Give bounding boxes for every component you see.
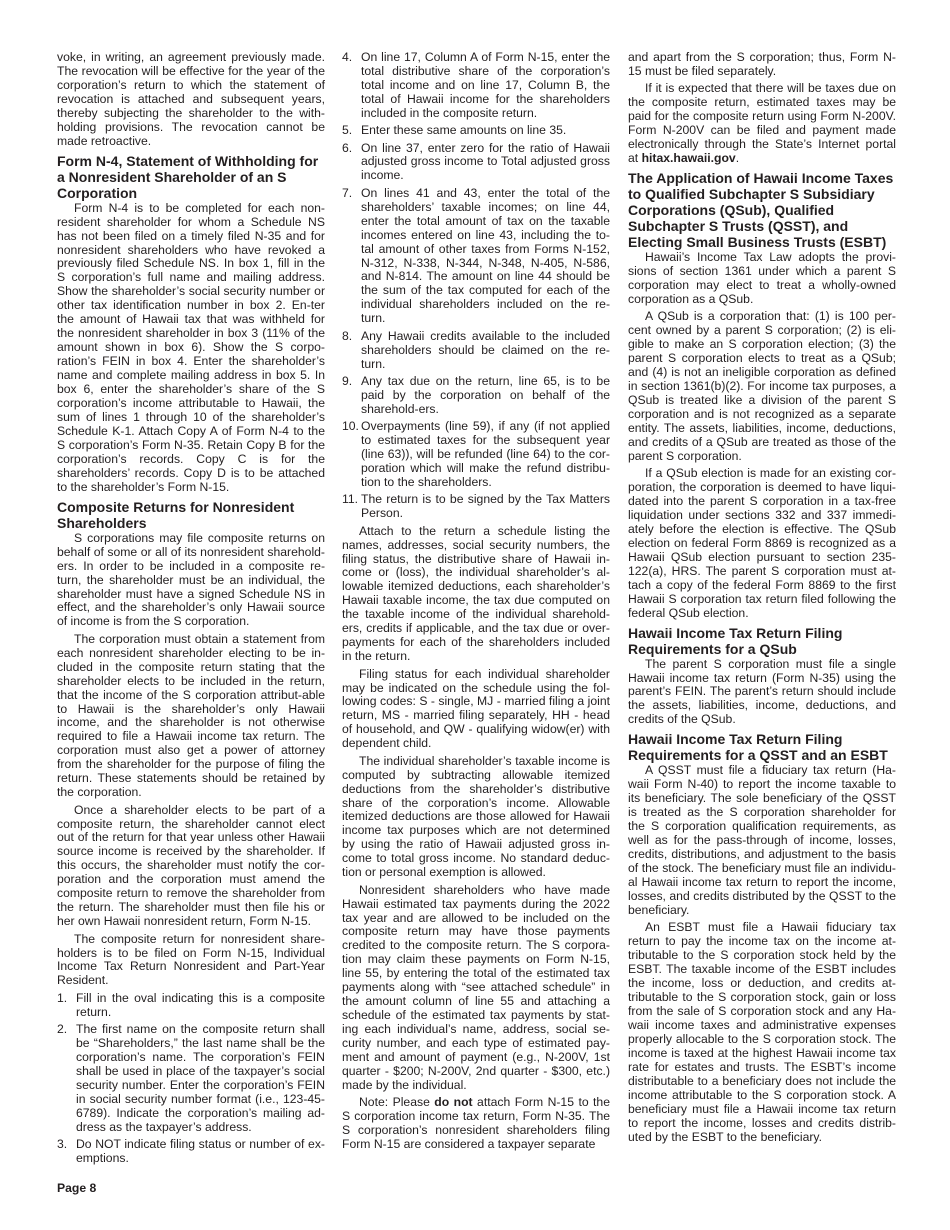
paragraph-esbt: An ESBT must file a Hawaii fiduciary tax… bbox=[628, 921, 896, 1144]
list-item-text: Fill in the oval indicating this is a co… bbox=[76, 991, 325, 1019]
list-item-number: 1. bbox=[57, 992, 67, 1006]
composite-steps-list-part2: 4. On line 17, Column A of Form N-15, en… bbox=[342, 51, 610, 521]
paragraph-form-n4: Form N-4 is to be completed for each non… bbox=[57, 202, 325, 495]
column-left: voke, in writing, an agreement previousl… bbox=[57, 51, 325, 1169]
heading-form-n4: Form N-4, Statement of Withholding for a… bbox=[57, 153, 325, 201]
list-item-number: 2. bbox=[57, 1023, 67, 1037]
list-item-number: 4. bbox=[342, 51, 352, 65]
list-item: 3. Do NOT indicate filing status or numb… bbox=[57, 1138, 325, 1166]
paragraph-attach-schedule: Attach to the return a schedule listing … bbox=[342, 525, 610, 665]
list-item-number: 10. bbox=[342, 420, 359, 434]
estimated-taxes-period: . bbox=[736, 151, 739, 165]
paragraph-section-1361: Hawaii’s Income Tax Law adopts the provi… bbox=[628, 251, 896, 307]
list-item: 9. Any tax due on the return, line 65, i… bbox=[342, 375, 610, 417]
paragraph-revocation-continued: voke, in writing, an agreement previousl… bbox=[57, 51, 325, 149]
paragraph-composite-2: The corporation must obtain a statement … bbox=[57, 633, 325, 800]
list-item-number: 11. bbox=[342, 493, 358, 507]
paragraph-qsub-filing: The parent S corporation must file a sin… bbox=[628, 658, 896, 728]
paragraph-estimated-payments: Nonresident shareholders who have made H… bbox=[342, 884, 610, 1093]
paragraph-taxable-income: The individual shareholder’s taxable inc… bbox=[342, 755, 610, 881]
list-item-number: 9. bbox=[342, 375, 352, 389]
paragraph-estimated-taxes: If it is expected that there will be tax… bbox=[628, 82, 896, 166]
list-item-text: Enter these same amounts on line 35. bbox=[361, 123, 566, 137]
list-item-text: Any Hawaii credits available to the incl… bbox=[361, 329, 610, 371]
paragraph-qsst: A QSST must file a fiduciary tax return … bbox=[628, 764, 896, 917]
paragraph-note: Note: Please do not attach Form N-15 to … bbox=[342, 1096, 610, 1152]
list-item: 8. Any Hawaii credits available to the i… bbox=[342, 330, 610, 372]
heading-qsub-qsst-esbt-application: The Application of Hawaii Income Taxes t… bbox=[628, 170, 896, 250]
note-prefix: Note: Please bbox=[359, 1095, 434, 1109]
column-middle: 4. On line 17, Column A of Form N-15, en… bbox=[342, 51, 610, 1156]
list-item: 10. Overpayments (line 59), if any (if n… bbox=[342, 420, 610, 490]
list-item: 5. Enter these same amounts on line 35. bbox=[342, 124, 610, 138]
paragraph-composite-4: The composite return for nonresident sha… bbox=[57, 933, 325, 989]
list-item-text: Overpayments (line 59), if any (if not a… bbox=[361, 419, 610, 489]
list-item-text: On line 37, enter zero for the ratio of … bbox=[361, 141, 610, 183]
list-item: 4. On line 17, Column A of Form N-15, en… bbox=[342, 51, 610, 121]
list-item-text: On line 17, Column A of Form N-15, enter… bbox=[361, 50, 610, 120]
list-item-text: Do NOT indicate filing status or number … bbox=[76, 1137, 325, 1165]
list-item: 7. On lines 41 and 43, enter the total o… bbox=[342, 187, 610, 327]
list-item-number: 8. bbox=[342, 330, 352, 344]
list-item: 2. The first name on the composite retur… bbox=[57, 1023, 325, 1135]
paragraph-note-continued: and apart from the S corporation; thus, … bbox=[628, 51, 896, 79]
list-item-number: 6. bbox=[342, 142, 352, 156]
list-item-number: 7. bbox=[342, 187, 352, 201]
heading-qsub-filing-requirements: Hawaii Income Tax Return Filing Requirem… bbox=[628, 625, 896, 657]
list-item-number: 3. bbox=[57, 1138, 67, 1152]
list-item-text: Any tax due on the return, line 65, is t… bbox=[361, 374, 610, 416]
list-item-text: The first name on the composite return s… bbox=[76, 1022, 325, 1134]
list-item: 6. On line 37, enter zero for the ratio … bbox=[342, 142, 610, 184]
paragraph-composite-3: Once a shareholder elects to be part of … bbox=[57, 804, 325, 930]
note-emphasis: do not bbox=[434, 1095, 472, 1109]
page-number: Page 8 bbox=[57, 1181, 96, 1195]
list-item-text: On lines 41 and 43, enter the total of t… bbox=[361, 186, 610, 326]
column-right: and apart from the S corporation; thus, … bbox=[628, 51, 896, 1148]
heading-qsst-esbt-filing-requirements: Hawaii Income Tax Return Filing Requirem… bbox=[628, 731, 896, 763]
heading-composite-returns: Composite Returns for Nonresident Shareh… bbox=[57, 499, 325, 531]
paragraph-filing-status-codes: Filing status for each individual shareh… bbox=[342, 668, 610, 752]
paragraph-qsub-definition: A QSub is a corporation that: (1) is 100… bbox=[628, 310, 896, 463]
composite-steps-list-part1: 1. Fill in the oval indicating this is a… bbox=[57, 992, 325, 1166]
list-item: 1. Fill in the oval indicating this is a… bbox=[57, 992, 325, 1020]
paragraph-qsub-election: If a QSub election is made for an existi… bbox=[628, 467, 896, 620]
list-item-number: 5. bbox=[342, 124, 352, 138]
list-item: 11. The return is to be signed by the Ta… bbox=[342, 493, 610, 521]
paragraph-composite-1: S corporations may file composite return… bbox=[57, 532, 325, 630]
hitax-portal-link[interactable]: hitax.hawaii.gov bbox=[642, 151, 736, 165]
list-item-text: The return is to be signed by the Tax Ma… bbox=[361, 492, 610, 520]
